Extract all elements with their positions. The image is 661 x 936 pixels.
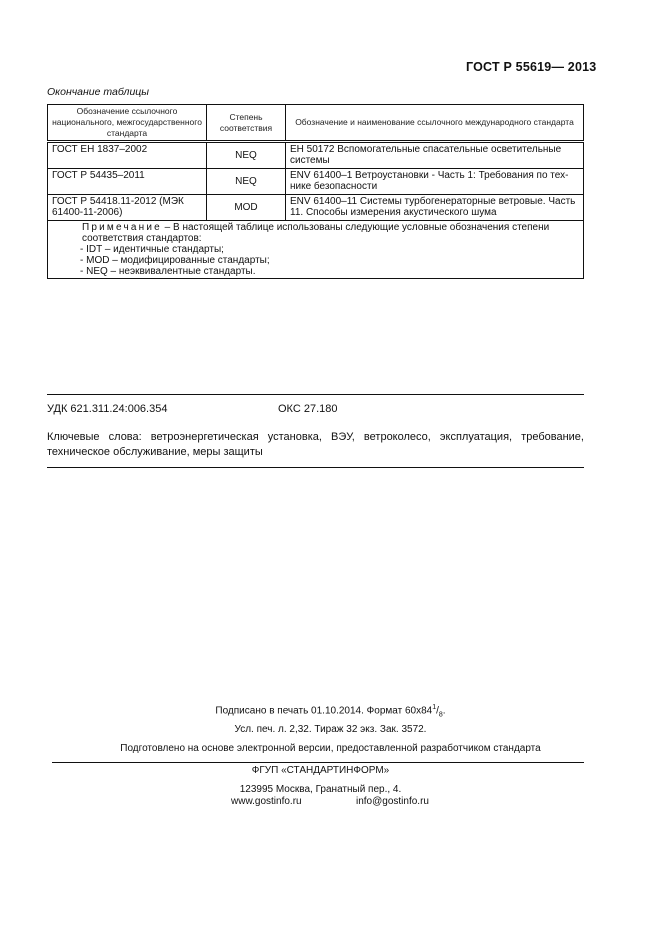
udk-code: УДК 621.311.24:006.354 xyxy=(47,403,167,415)
table-header-row: Обозначение ссылочного национального, ме… xyxy=(48,105,584,142)
cell-degree: MOD xyxy=(207,195,286,221)
cell-degree: NEQ xyxy=(207,142,286,169)
publisher-address: 123995 Москва, Гранатный пер., 4. xyxy=(0,784,651,795)
signed-for-print: Подписано в печать 01.10.2014. Формат 60… xyxy=(0,704,661,718)
signed-text: Подписано в печать 01.10.2014. Формат 60… xyxy=(215,705,432,716)
column-header-degree: Степень соответствия xyxy=(207,105,286,142)
note-label: Примечание xyxy=(82,222,162,233)
prepared-note: Подготовлено на основе электронной верси… xyxy=(0,743,661,754)
reference-standards-table: Обозначение ссылочного национального, ме… xyxy=(47,104,584,279)
table-row: ГОСТ Р 54435–2011 NEQ ENV 61400–1 Ветроу… xyxy=(48,169,584,195)
table-row: ГОСТ ЕН 1837–2002 NEQ ЕН 50172 Вспомогат… xyxy=(48,142,584,169)
column-header-national: Обозначение ссылочного национального, ме… xyxy=(48,105,207,142)
note-item: - MOD – модифицированные стандарты; xyxy=(52,255,579,266)
note-item: - IDT – идентичные стандарты; xyxy=(52,244,579,255)
cell-national: ГОСТ Р 54418.11-2012 (МЭК 61400-11-2006) xyxy=(48,195,207,221)
print-info: Усл. печ. л. 2,32. Тираж 32 экз. Зак. 35… xyxy=(0,724,661,735)
table-note: Примечание – В настоящей таблице использ… xyxy=(48,221,584,279)
cell-national: ГОСТ Р 54435–2011 xyxy=(48,169,207,195)
signed-suffix: . xyxy=(443,705,446,716)
document-code: ГОСТ Р 55619— 2013 xyxy=(466,60,596,74)
table-caption: Окончание таблицы xyxy=(47,86,149,98)
divider-top xyxy=(47,394,584,395)
divider-bottom xyxy=(47,467,584,468)
table-row: ГОСТ Р 54418.11-2012 (МЭК 61400-11-2006)… xyxy=(48,195,584,221)
cell-international: ENV 61400–1 Ветроустановки - Часть 1: Тр… xyxy=(286,169,584,195)
keywords: Ключевые слова: ветроэнергетическая уста… xyxy=(47,430,584,460)
column-header-international: Обозначение и наименование ссылочного ме… xyxy=(286,105,584,142)
imprint-divider xyxy=(52,762,584,763)
cell-international: ENV 61400–11 Системы турбогенераторные в… xyxy=(286,195,584,221)
cell-degree: NEQ xyxy=(207,169,286,195)
note-item: - NEQ – неэквивалентные стандарты. xyxy=(52,266,579,277)
format-numerator: 1 xyxy=(432,704,436,711)
cell-national: ГОСТ ЕН 1837–2002 xyxy=(48,142,207,169)
table-note-row: Примечание – В настоящей таблице использ… xyxy=(48,221,584,279)
publisher: ФГУП «СТАНДАРТИНФОРМ» xyxy=(0,765,651,776)
website-link[interactable]: www.gostinfo.ru xyxy=(231,796,302,807)
email-link[interactable]: info@gostinfo.ru xyxy=(356,796,429,807)
cell-international: ЕН 50172 Вспомогательные спасательные ос… xyxy=(286,142,584,169)
oks-code: ОКС 27.180 xyxy=(278,403,338,415)
